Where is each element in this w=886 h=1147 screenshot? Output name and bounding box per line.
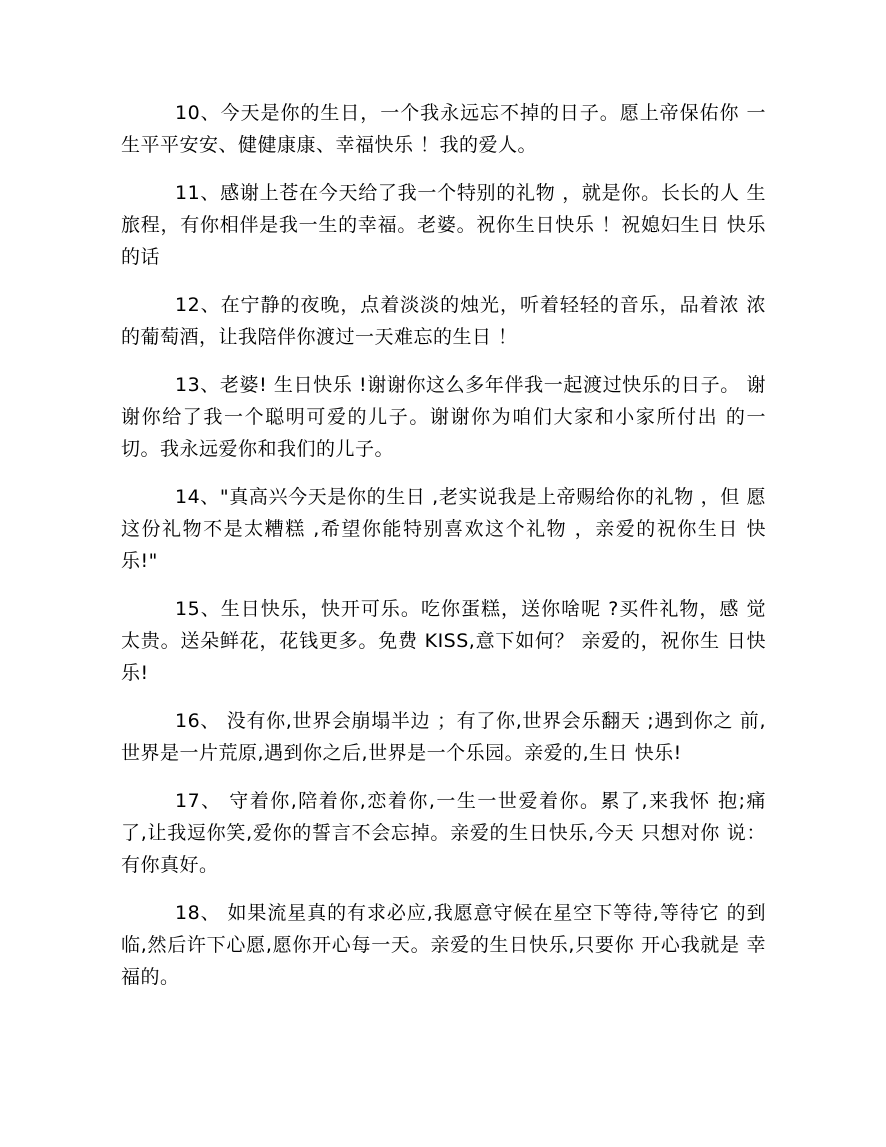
document-page: 10、今天是你的生日，一个我永远忘不掉的日子。愿上帝保佑你 一生平平安安、健健康… bbox=[0, 0, 886, 1147]
paragraph-10: 10、今天是你的生日，一个我永远忘不掉的日子。愿上帝保佑你 一生平平安安、健健康… bbox=[121, 97, 766, 161]
paragraph-17: 17、 守着你,陪着你,恋着你,一生一世爱着你。累了,来我怀 抱;痛 了,让我逗… bbox=[121, 785, 766, 881]
paragraph-13: 13、老婆! 生日快乐 !谢谢你这么多年伴我一起渡过快乐的日子。 谢谢你给了我一… bbox=[121, 369, 766, 465]
paragraph-12: 12、在宁静的夜晚，点着淡淡的烛光，听着轻轻的音乐，品着浓 浓的葡萄酒，让我陪伴… bbox=[121, 289, 766, 353]
paragraph-16: 16、 没有你,世界会崩塌半边 ；有了你,世界会乐翻天 ;遇到你之 前,世界是一… bbox=[121, 705, 766, 769]
paragraph-11: 11、感谢上苍在今天给了我一个特别的礼物 ，就是你。长长的人 生旅程，有你相伴是… bbox=[121, 177, 766, 273]
paragraph-18: 18、 如果流星真的有求必应,我愿意守候在星空下等待,等待它 的到 临,然后许下… bbox=[121, 897, 766, 993]
paragraph-15: 15、生日快乐，快开可乐。吃你蛋糕，送你啥呢 ?买件礼物，感 觉太贵。送朵鲜花，… bbox=[121, 593, 766, 689]
document-body: 10、今天是你的生日，一个我永远忘不掉的日子。愿上帝保佑你 一生平平安安、健健康… bbox=[121, 97, 766, 1009]
paragraph-14: 14、"真高兴今天是你的生日 ,老实说我是上帝赐给你的礼物 ，但 愿这份礼物不是… bbox=[121, 481, 766, 577]
